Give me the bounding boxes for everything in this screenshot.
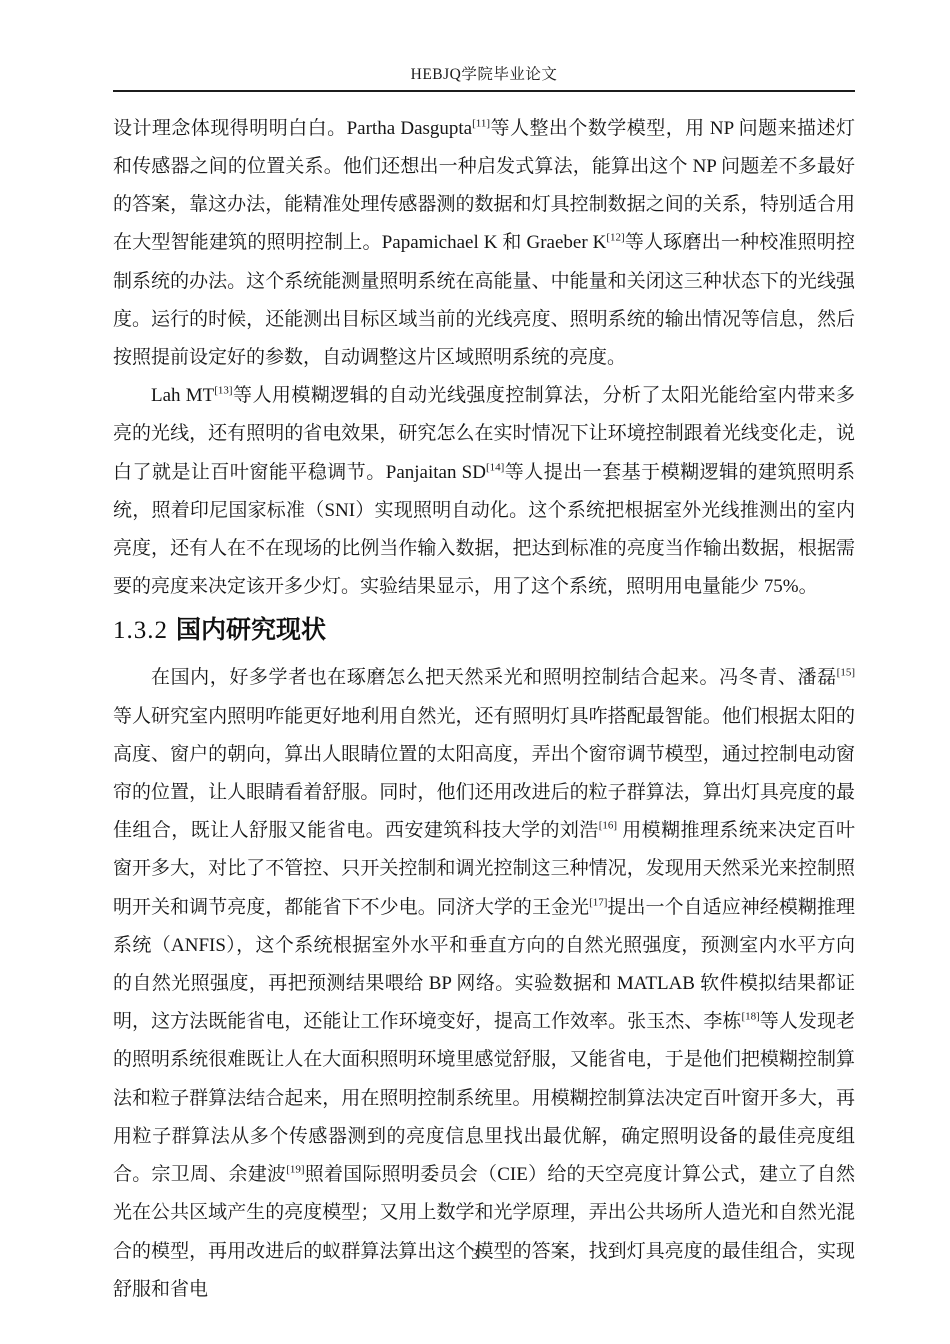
citation-ref: [17] [589,896,607,908]
document-body: 设计理念体现得明明白白。Partha Dasgupta[11]等人整出个数学模型… [113,110,855,1309]
header-title: HEBJQ学院毕业论文 [113,66,855,84]
paragraph: 在国内，好多学者也在琢磨怎么把天然采光和照明控制结合起来。冯冬青、潘磊[15] … [113,659,855,1308]
citation-ref: [13] [214,385,232,397]
citation-ref: [14] [486,461,504,473]
header-rule [113,90,855,92]
citation-ref: [12] [606,232,624,244]
citation-ref: [11] [472,117,490,129]
document-page: HEBJQ学院毕业论文 设计理念体现得明明白白。Partha Dasgupta[… [0,0,950,1344]
page-number: 3 [471,1247,479,1263]
heading-text: 国内研究现状 [176,616,326,644]
paragraph: Lah MT[13]等人用模糊逻辑的自动光线强度控制算法，分析了太阳光能给室内带… [113,377,855,606]
section-heading: 1.3.2国内研究现状 [113,612,855,649]
heading-number: 1.3.2 [113,617,168,644]
paragraph: 设计理念体现得明明白白。Partha Dasgupta[11]等人整出个数学模型… [113,110,855,377]
page-header: HEBJQ学院毕业论文 [113,66,855,92]
citation-ref: [16] [599,820,617,832]
citation-ref: [15] [837,667,855,679]
citation-ref: [18] [741,1011,759,1023]
page-footer: 3 [0,1247,950,1264]
citation-ref: [19] [286,1164,304,1176]
